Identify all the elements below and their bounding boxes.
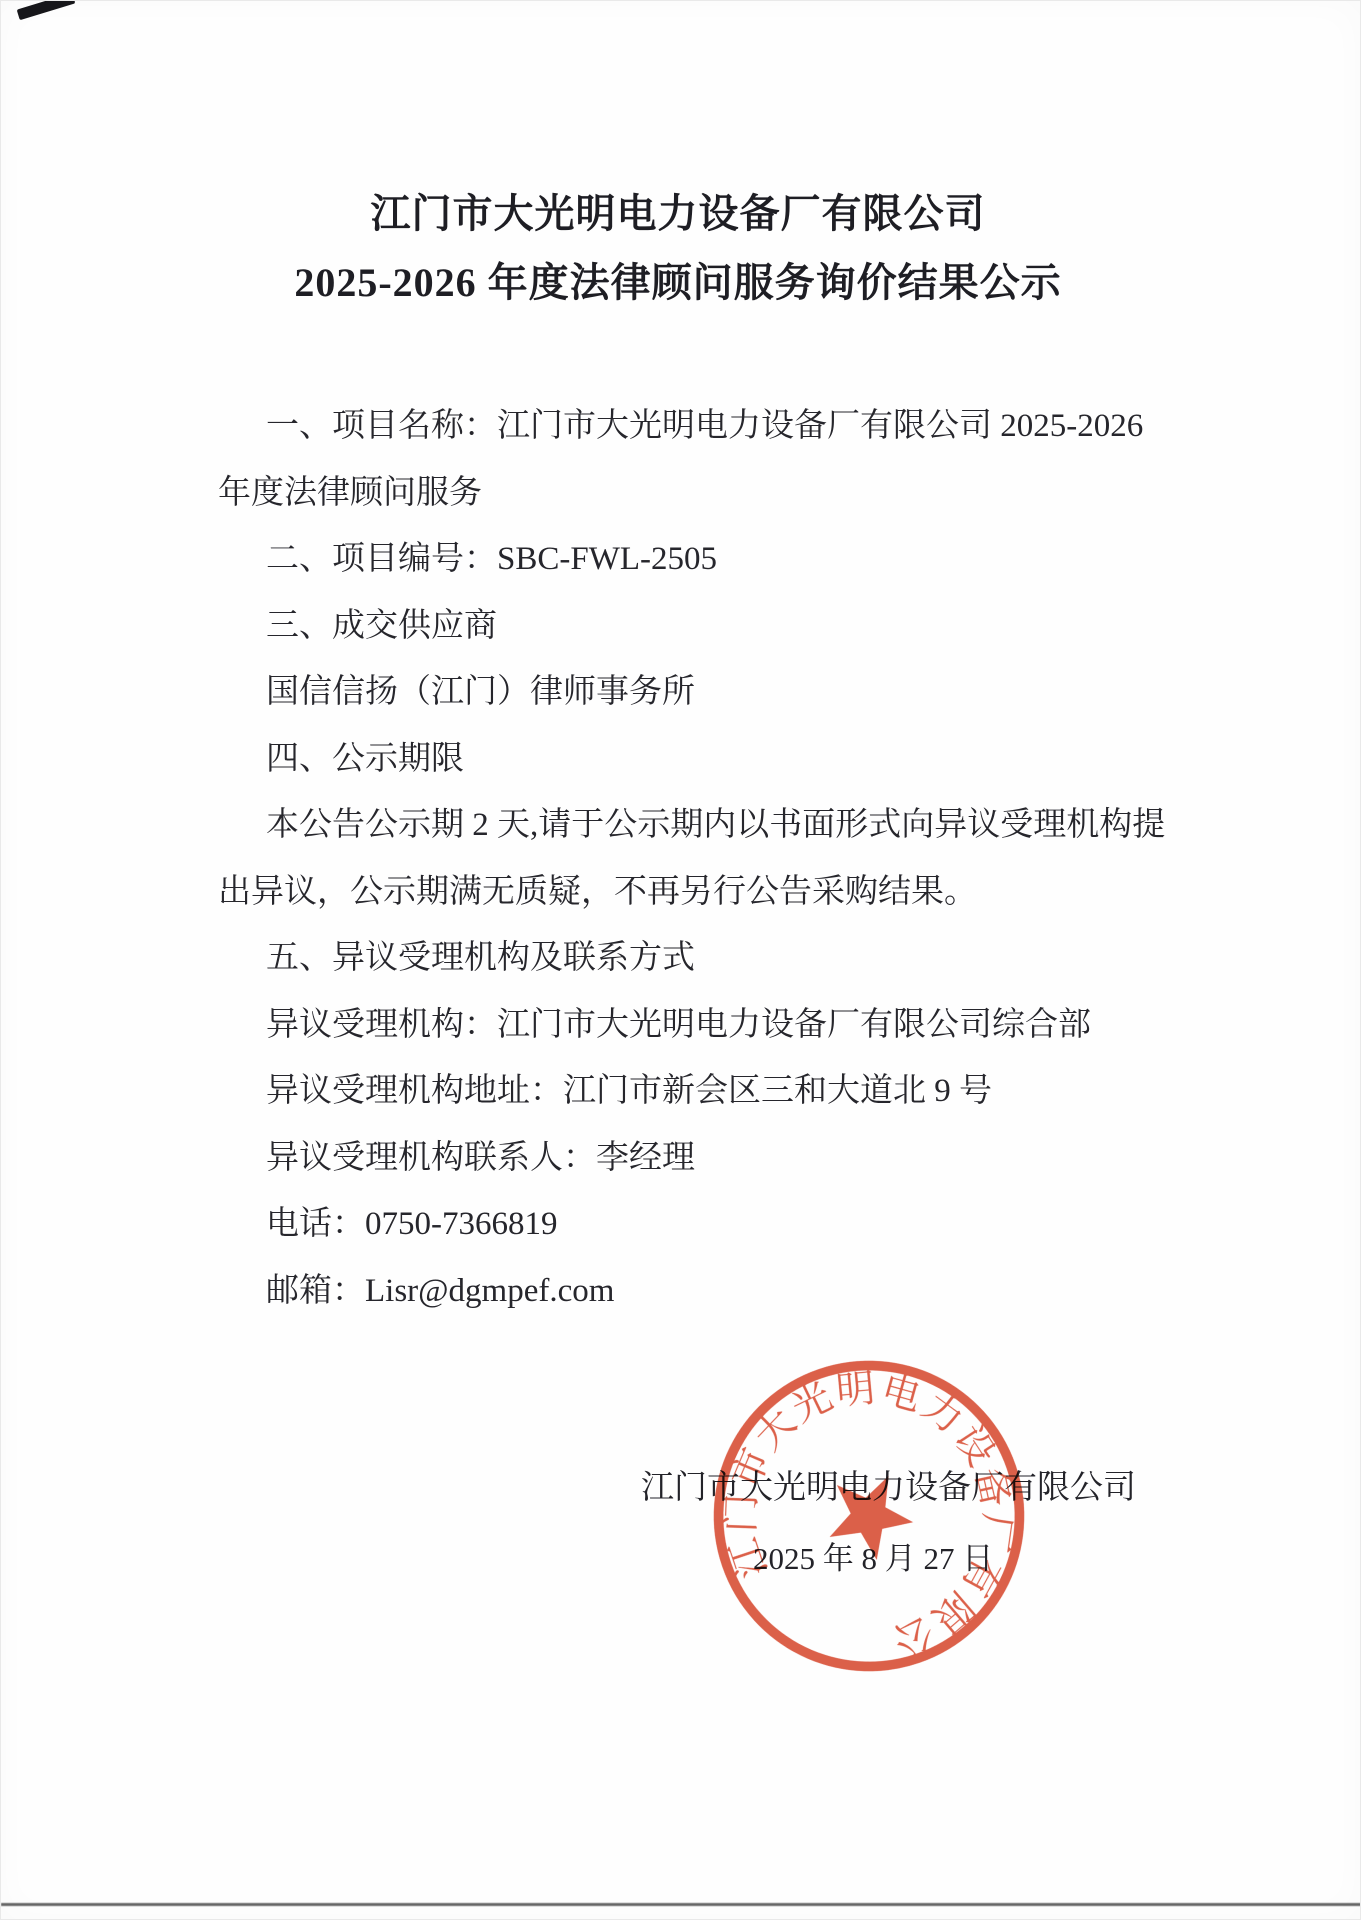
document-body: 一、项目名称：江门市大光明电力设备厂有限公司 2025-2026 年度法律顾问服… xyxy=(218,393,1148,1324)
body-line-supplier-name: 国信信扬（江门）律师事务所 xyxy=(218,659,1148,726)
body-line-publicity-period-text: 本公告公示期 2 天,请于公示期内以书面形式向异议受理机构提 xyxy=(218,792,1148,859)
company-seal-stamp: 江门市大光明电力设备厂有限公司 xyxy=(648,1295,1089,1736)
star-icon xyxy=(815,1457,927,1567)
body-line-objection-org: 异议受理机构：江门市大光明电力设备厂有限公司综合部 xyxy=(218,992,1148,1059)
body-line-project-name-wrap: 年度法律顾问服务 xyxy=(218,460,1148,527)
document-title: 江门市大光明电力设备厂有限公司 2025-2026 年度法律顾问服务询价结果公示 xyxy=(218,1,1138,317)
body-line-phone: 电话：0750-7366819 xyxy=(218,1191,1148,1258)
body-line-objection-contact: 异议受理机构联系人：李经理 xyxy=(218,1125,1148,1192)
body-line-supplier-heading: 三、成交供应商 xyxy=(218,593,1148,660)
title-line-company: 江门市大光明电力设备厂有限公司 xyxy=(218,179,1138,248)
body-line-email: 邮箱：Lisr@dgmpef.com xyxy=(218,1258,1148,1325)
body-line-project-number: 二、项目编号：SBC-FWL-2505 xyxy=(218,526,1148,593)
scan-corner-artifact xyxy=(17,0,76,20)
body-line-publicity-period-heading: 四、公示期限 xyxy=(218,726,1148,793)
scanned-document-page: 江门市大光明电力设备厂有限公司 2025-2026 年度法律顾问服务询价结果公示… xyxy=(0,0,1361,1920)
scan-bottom-edge-artifact xyxy=(1,1903,1361,1906)
body-line-project-name: 一、项目名称：江门市大光明电力设备厂有限公司 2025-2026 xyxy=(218,393,1148,460)
body-line-objection-heading: 五、异议受理机构及联系方式 xyxy=(218,925,1148,992)
body-line-publicity-period-wrap: 出异议，公示期满无质疑，不再另行公告采购结果。 xyxy=(218,859,1148,926)
body-line-objection-address: 异议受理机构地址：江门市新会区三和大道北 9 号 xyxy=(218,1058,1148,1125)
title-line-subject: 2025-2026 年度法律顾问服务询价结果公示 xyxy=(218,248,1138,317)
